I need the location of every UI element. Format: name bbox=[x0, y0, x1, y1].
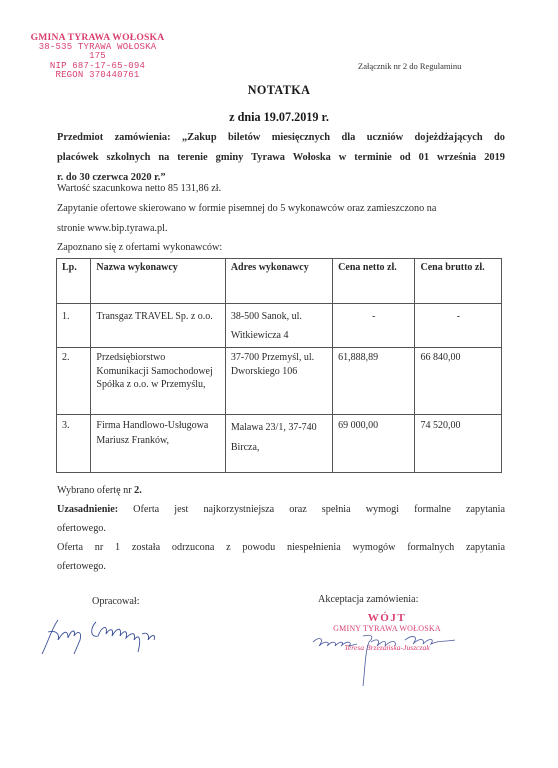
justification-text: Oferta jest najkorzystniejsza oraz spełn… bbox=[118, 504, 505, 515]
annex-label: Załącznik nr 2 do Regulaminu bbox=[358, 61, 461, 71]
header-net: Cena netto zł. bbox=[333, 259, 415, 304]
cell-address: Malawa 23/1, 37-740 Bircza, bbox=[225, 415, 332, 473]
table-row: 3. Firma Handlowo-Usługowa Mariusz Frank… bbox=[57, 415, 502, 473]
header-gross: Cena brutto zł. bbox=[415, 259, 502, 304]
stamp-line-address: 38-535 TYRAWA WOŁOSKA 175 bbox=[30, 43, 165, 62]
justification-label: Uzasadnienie: bbox=[57, 504, 118, 515]
subject-line-2: placówek szkolnych na terenie gminy Tyra… bbox=[57, 148, 505, 168]
cell-name: Przedsiębiorstwo Komunikacji Samochodowe… bbox=[91, 348, 225, 415]
mayor-stamp-title: WÓJT bbox=[312, 613, 462, 624]
document-date: z dnia 19.07.2019 r. bbox=[0, 110, 558, 125]
cell-name: Firma Handlowo-Usługowa Mariusz Franków, bbox=[91, 415, 225, 473]
justification: Uzasadnienie: Oferta jest najkorzystniej… bbox=[57, 500, 505, 538]
header-address: Adres wykonawcy bbox=[225, 259, 332, 304]
selected-offer-text: Wybrano ofertę nr bbox=[57, 485, 134, 496]
table-row: 1. Transgaz TRAVEL Sp. z o.o. 38-500 San… bbox=[57, 304, 502, 348]
inquiry-info: Zapytanie ofertowe skierowano w formie p… bbox=[57, 199, 505, 239]
cell-lp: 1. bbox=[57, 304, 91, 348]
rejection-note: Oferta nr 1 została odrzucona z powodu n… bbox=[57, 538, 505, 576]
rejection-line-1: Oferta nr 1 została odrzucona z powodu n… bbox=[57, 538, 505, 557]
offers-intro: Zapoznano się z ofertami wykonawców: bbox=[57, 238, 505, 258]
justification-line-2: ofertowego. bbox=[57, 523, 106, 534]
justification-line-1: Uzasadnienie: Oferta jest najkorzystniej… bbox=[57, 500, 505, 519]
stamp-line-regon: REGON 370440761 bbox=[30, 71, 165, 81]
table-row: 2. Przedsiębiorstwo Komunikacji Samochod… bbox=[57, 348, 502, 415]
cell-net: - bbox=[333, 304, 415, 348]
rejection-line-2: ofertowego. bbox=[57, 561, 106, 572]
subject-line-1: Przedmiot zamówienia: „Zakup biletów mie… bbox=[57, 128, 505, 148]
cell-lp: 3. bbox=[57, 415, 91, 473]
handwritten-signature-left bbox=[38, 614, 168, 658]
municipality-stamp: GMINA TYRAWA WOŁOSKA 38-535 TYRAWA WOŁOS… bbox=[30, 33, 165, 81]
selected-offer-number: 2. bbox=[134, 485, 142, 496]
inquiry-line-2: stronie www.bip.tyrawa.pl. bbox=[57, 219, 505, 239]
cell-gross: - bbox=[415, 304, 502, 348]
cell-net: 69 000,00 bbox=[333, 415, 415, 473]
acceptance-label: Akceptacja zamówienia: bbox=[318, 594, 418, 605]
cell-lp: 2. bbox=[57, 348, 91, 415]
cell-gross: 66 840,00 bbox=[415, 348, 502, 415]
prepared-by-label: Opracował: bbox=[92, 596, 140, 607]
selected-offer: Wybrano ofertę nr 2. bbox=[57, 481, 505, 501]
cell-name: Transgaz TRAVEL Sp. z o.o. bbox=[91, 304, 225, 348]
cell-address: 37-700 Przemyśl, ul. Dworskiego 106 bbox=[225, 348, 332, 415]
table-header-row: Lp. Nazwa wykonawcy Adres wykonawcy Cena… bbox=[57, 259, 502, 304]
handwritten-signature-right bbox=[305, 630, 465, 690]
offers-table: Lp. Nazwa wykonawcy Adres wykonawcy Cena… bbox=[56, 258, 502, 473]
header-lp: Lp. bbox=[57, 259, 91, 304]
cell-net: 61,888,89 bbox=[333, 348, 415, 415]
header-name: Nazwa wykonawcy bbox=[91, 259, 225, 304]
estimated-value: Wartość szacunkowa netto 85 131,86 zł. bbox=[57, 179, 505, 199]
document-title: NOTATKA bbox=[0, 83, 558, 98]
cell-address: 38-500 Sanok, ul. Witkiewicza 4 bbox=[225, 304, 332, 348]
cell-gross: 74 520,00 bbox=[415, 415, 502, 473]
inquiry-line-1: Zapytanie ofertowe skierowano w formie p… bbox=[57, 199, 505, 219]
